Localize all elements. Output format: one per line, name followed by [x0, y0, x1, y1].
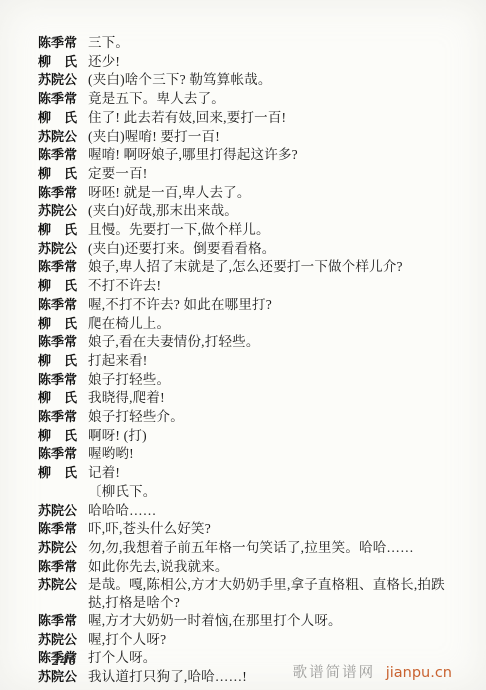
speaker-name: 柳 氏 — [38, 390, 88, 408]
speech-line: 陈季常娘子,卑人招了末就是了,怎么还要打一下做个样儿介? — [38, 258, 462, 277]
speaker-name: 苏院公 — [38, 632, 88, 650]
speech-line: 陈季常竟是五下。卑人去了。 — [38, 90, 462, 109]
scanned-script-page: 陈季常三下。柳 氏还少!苏院公(夹白)啥个三下? 勒笃算帐哉。陈季常竟是五下。卑… — [0, 0, 486, 690]
speaker-name: 苏院公 — [38, 241, 88, 259]
speaker-name: 柳 氏 — [38, 110, 88, 128]
speech-line: 柳 氏啊呀! (打) — [38, 427, 462, 446]
dialogue-text: 住了! 此去若有妓,回来,要打一百! — [88, 109, 462, 127]
speech-line: 柳 氏定要一百! — [38, 165, 462, 184]
watermark: 歌谱简谱网 jianpu.cn — [293, 661, 452, 682]
speaker-name: 陈季常 — [38, 91, 88, 109]
speaker-name: 陈季常 — [38, 446, 88, 464]
speech-line: 陈季常喔哟哟! — [38, 445, 462, 464]
speech-line: 陈季常娘子打轻些。 — [38, 371, 462, 390]
speaker-name: 柳 氏 — [38, 428, 88, 446]
dialogue-text: 我晓得,爬着! — [88, 389, 462, 407]
dialogue-text: 竟是五下。卑人去了。 — [88, 90, 462, 108]
dialogue-text: 打起来看! — [88, 352, 462, 370]
dialogue-text: 还少! — [88, 53, 462, 71]
dialogue-text: (夹白)啥个三下? 勒笃算帐哉。 — [88, 71, 462, 89]
speech-line: 苏院公哈哈哈…… — [38, 502, 462, 521]
speaker-name: 陈季常 — [38, 35, 88, 53]
dialogue-text: 喔,不打不许去? 如此在哪里打? — [88, 296, 462, 314]
speech-line: 苏院公勿,勿,我想着子前五年格一句笑话了,拉里笑。哈哈…… — [38, 539, 462, 558]
dialogue-text: 娘子,看在夫妻情份,打轻些。 — [88, 333, 462, 351]
speaker-name: 陈季常 — [38, 147, 88, 165]
speech-line: 柳 氏爬在椅儿上。 — [38, 315, 462, 334]
stage-direction-text: 〔柳氏下。 — [88, 483, 462, 501]
speech-line: 陈季常喔,方才大奶奶一时着恼,在那里打个人呀。 — [38, 612, 462, 631]
dialogue-text: 如此你先去,说我就来。 — [88, 558, 462, 576]
speaker-name: 陈季常 — [38, 613, 88, 631]
stage-direction: 〔柳氏下。 — [38, 483, 462, 502]
dialogue-text: 记着! — [88, 464, 462, 482]
speaker-name: 苏院公 — [38, 669, 88, 687]
speech-line: 苏院公(夹白)好哉,那末出来哉。 — [38, 202, 462, 221]
dialogue-text: (夹白)还要打来。倒要看看格。 — [88, 240, 462, 258]
speech-line: 柳 氏记着! — [38, 464, 462, 483]
speaker-name: 柳 氏 — [38, 316, 88, 334]
speaker-name: 陈季常 — [38, 259, 88, 277]
speaker-name: 陈季常 — [38, 185, 88, 203]
speech-line: 柳 氏还少! — [38, 53, 462, 72]
speaker-name: 苏院公 — [38, 72, 88, 90]
page-number: 246 — [52, 653, 77, 670]
speaker-name: 陈季常 — [38, 409, 88, 427]
speaker-name: 柳 氏 — [38, 353, 88, 371]
dialogue-text: 娘子打轻些。 — [88, 371, 462, 389]
dialogue-text: 喔,方才大奶奶一时着恼,在那里打个人呀。 — [88, 612, 462, 630]
speech-line: 陈季常如此你先去,说我就来。 — [38, 558, 462, 577]
dialogue-text: 勿,勿,我想着子前五年格一句笑话了,拉里笑。哈哈…… — [88, 539, 462, 557]
dialogue-text: 娘子打轻些介。 — [88, 408, 462, 426]
speech-line: 陈季常三下。 — [38, 34, 462, 53]
dialogue-text: 喔,打个人呀? — [88, 631, 462, 649]
speaker-name: 陈季常 — [38, 521, 88, 539]
dialogue-text: 喔哟哟! — [88, 445, 462, 463]
dialogue-text: 呀呸! 就是一百,卑人去了。 — [88, 184, 462, 202]
speech-line: 柳 氏打起来看! — [38, 352, 462, 371]
dialogue-text: 喔唷! 啊呀娘子,哪里打得起这许多? — [88, 146, 462, 164]
dialogue-text: 不打不许去! — [88, 277, 462, 295]
dialogue-text: (夹白)喔唷! 要打一百! — [88, 128, 462, 146]
dialogue-text: 定要一百! — [88, 165, 462, 183]
speech-line: 陈季常喔,不打不许去? 如此在哪里打? — [38, 296, 462, 315]
speaker-name: 苏院公 — [38, 203, 88, 221]
speech-line: 柳 氏我晓得,爬着! — [38, 389, 462, 408]
speaker-name: 陈季常 — [38, 372, 88, 390]
dialogue-text: 吓,吓,苍头什么好笑? — [88, 520, 462, 538]
dialogue-text: 三下。 — [88, 34, 462, 52]
speaker-name: 柳 氏 — [38, 465, 88, 483]
speaker-name: 苏院公 — [38, 540, 88, 558]
speaker-name: 苏院公 — [38, 129, 88, 147]
dialogue-list: 陈季常三下。柳 氏还少!苏院公(夹白)啥个三下? 勒笃算帐哉。陈季常竟是五下。卑… — [0, 34, 486, 687]
speech-line: 柳 氏且慢。先要打一下,做个样儿。 — [38, 221, 462, 240]
speech-line: 苏院公(夹白)啥个三下? 勒笃算帐哉。 — [38, 71, 462, 90]
speech-line: 苏院公是哉。嘎,陈相公,方才大奶奶手里,拿子直格粗、直格长,拍跌挞,打格是啥个? — [38, 576, 462, 611]
speech-line: 柳 氏不打不许去! — [38, 277, 462, 296]
speech-line: 苏院公喔,打个人呀? — [38, 631, 462, 650]
speech-line: 陈季常呀呸! 就是一百,卑人去了。 — [38, 184, 462, 203]
speaker-name: 柳 氏 — [38, 166, 88, 184]
speech-line: 陈季常吓,吓,苍头什么好笑? — [38, 520, 462, 539]
dialogue-text: 啊呀! (打) — [88, 427, 462, 445]
dialogue-text: 爬在椅儿上。 — [88, 315, 462, 333]
speaker-name: 柳 氏 — [38, 54, 88, 72]
watermark-site-name: 歌谱简谱网 — [293, 665, 376, 681]
speaker-name: 陈季常 — [38, 559, 88, 577]
watermark-site-url: jianpu.cn — [386, 665, 452, 681]
dialogue-text: 且慢。先要打一下,做个样儿。 — [88, 221, 462, 239]
speech-line: 苏院公(夹白)喔唷! 要打一百! — [38, 128, 462, 147]
dialogue-text: 是哉。嘎,陈相公,方才大奶奶手里,拿子直格粗、直格长,拍跌挞,打格是啥个? — [88, 576, 462, 611]
speaker-name: 柳 氏 — [38, 222, 88, 240]
speaker-name: 苏院公 — [38, 503, 88, 521]
speech-line: 陈季常喔唷! 啊呀娘子,哪里打得起这许多? — [38, 146, 462, 165]
speech-line: 陈季常娘子打轻些介。 — [38, 408, 462, 427]
dialogue-text: (夹白)好哉,那末出来哉。 — [88, 202, 462, 220]
dialogue-text: 娘子,卑人招了末就是了,怎么还要打一下做个样儿介? — [88, 258, 462, 276]
speaker-name: 陈季常 — [38, 334, 88, 352]
speech-line: 陈季常娘子,看在夫妻情份,打轻些。 — [38, 333, 462, 352]
speech-line: 柳 氏住了! 此去若有妓,回来,要打一百! — [38, 109, 462, 128]
speaker-name: 柳 氏 — [38, 278, 88, 296]
speaker-name: 陈季常 — [38, 297, 88, 315]
speech-line: 苏院公(夹白)还要打来。倒要看看格。 — [38, 240, 462, 259]
dialogue-text: 哈哈哈…… — [88, 502, 462, 520]
speaker-name: 苏院公 — [38, 577, 88, 595]
